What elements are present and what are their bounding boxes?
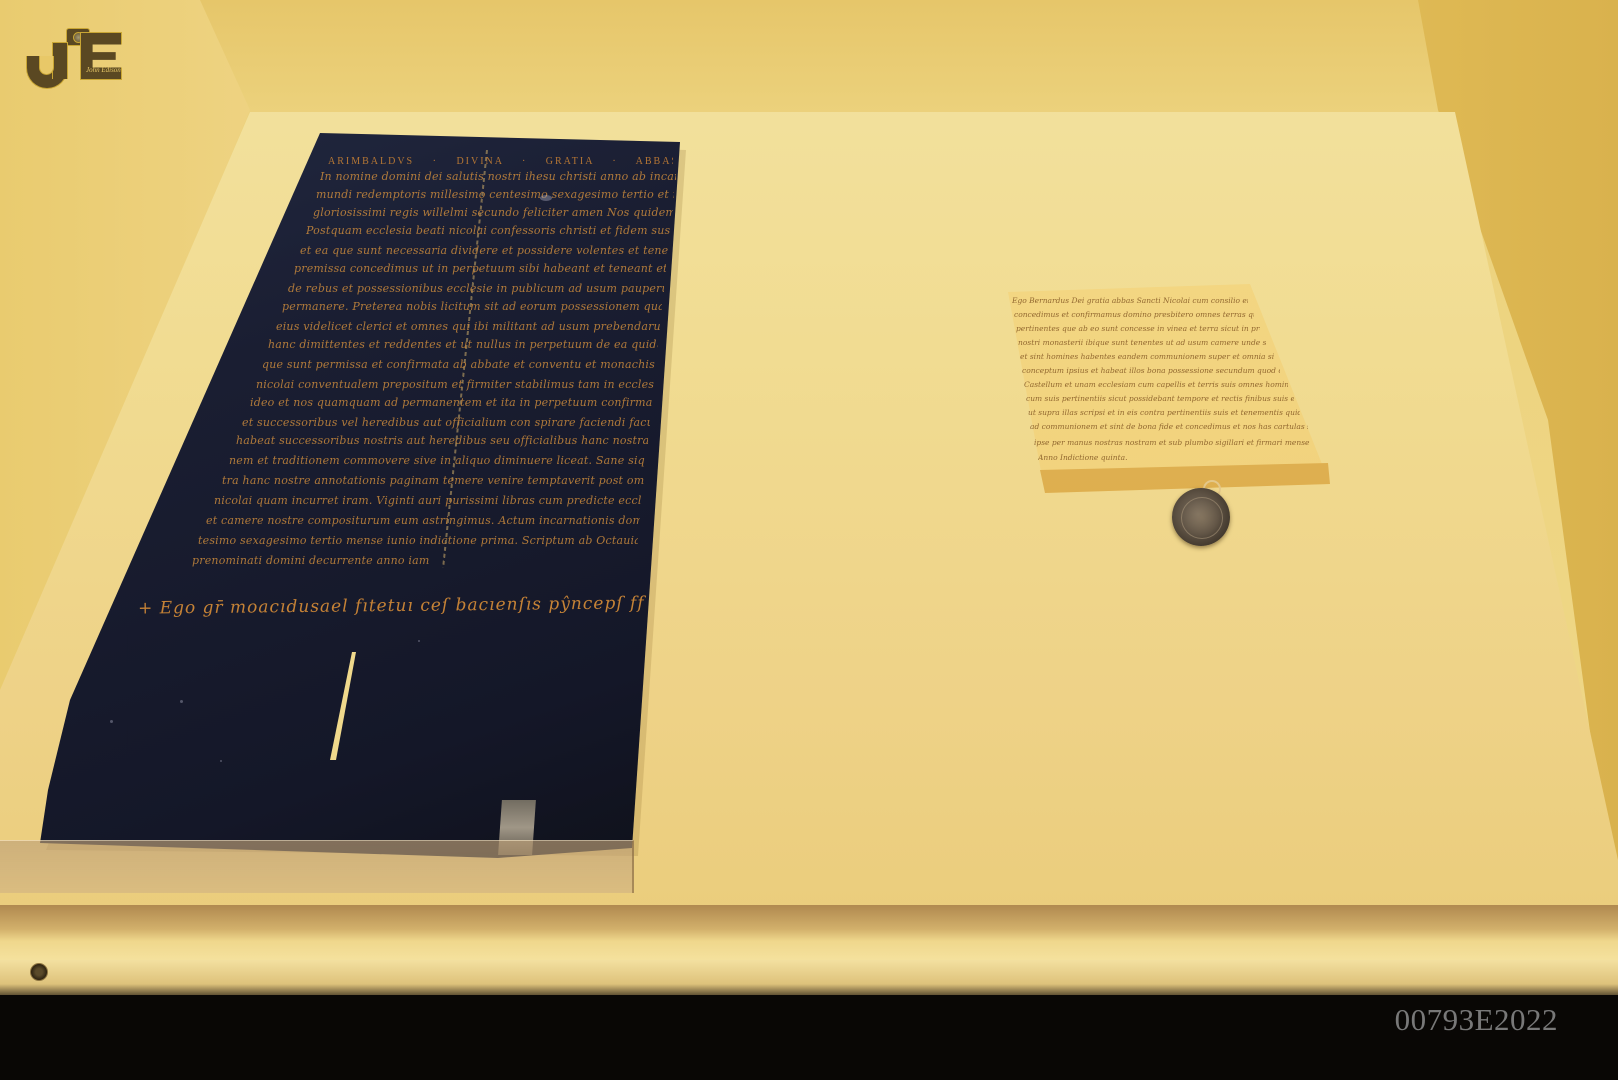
display-case-dark-base (0, 995, 1618, 1080)
acrylic-mounting-strip (0, 840, 634, 893)
logo-caption: John Edison (86, 66, 121, 74)
charter-fleck (540, 195, 552, 201)
wax-seal (1172, 488, 1230, 546)
charter-fleck (418, 640, 420, 642)
display-case-front-rail (0, 905, 1618, 965)
display-case-front-lip (0, 960, 1618, 1000)
charter-fleck (180, 700, 183, 703)
case-screw (30, 963, 48, 981)
catalog-number: 00793E2022 (1395, 1002, 1558, 1038)
photographer-watermark-logo: John Edison (24, 24, 124, 96)
blue-charter-header-line: ARIMBALDVS · DIVINA · GRATIA · ABBAS · S… (328, 156, 673, 167)
logo-letter-j (26, 42, 70, 90)
museum-display-photo: ARIMBALDVS · DIVINA · GRATIA · ABBAS · S… (0, 0, 1618, 1080)
charter-fleck (220, 760, 222, 762)
wax-seal-impression (1181, 497, 1223, 539)
charter-fleck (110, 720, 113, 723)
